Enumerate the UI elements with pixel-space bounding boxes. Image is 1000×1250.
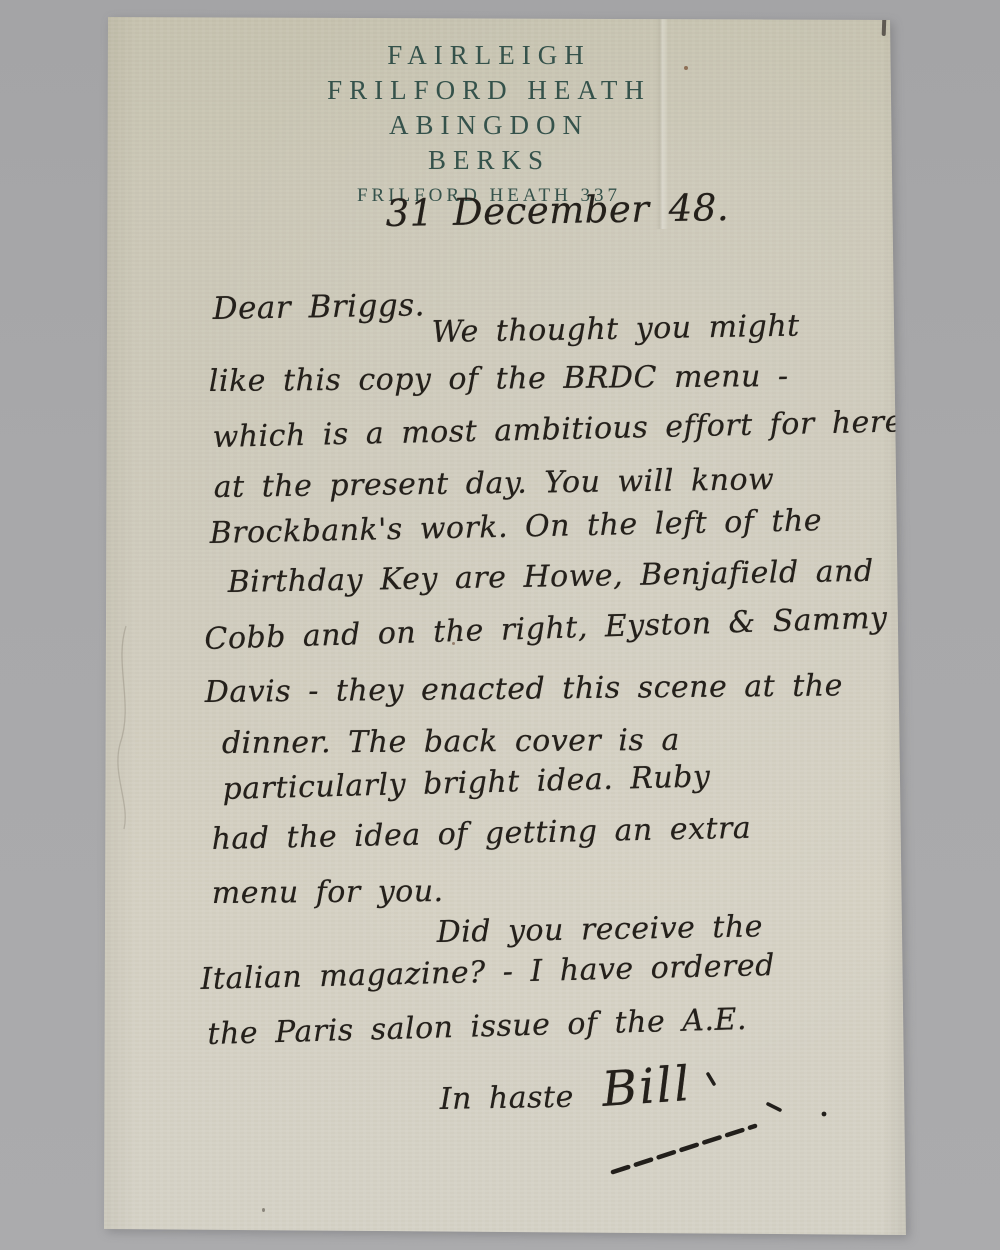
corner-mark	[882, 17, 887, 36]
signature: Bill	[600, 1056, 693, 1118]
paper-shadow: FAIRLEIGH FRILFORD HEATH ABINGDON BERKS …	[0, 0, 1000, 1250]
letter-paper: FAIRLEIGH FRILFORD HEATH ABINGDON BERKS …	[104, 14, 906, 1236]
letter-line: dinner. The back cover is a	[222, 723, 680, 761]
letter-line: Did you receive the	[436, 909, 763, 950]
letter-line: at the present day. You will know	[214, 462, 775, 505]
closing: In haste	[439, 1080, 574, 1117]
letter-line: We thought you might	[431, 309, 800, 350]
letter-line: had the idea of getting an extra	[211, 811, 751, 857]
letter-line: the Paris salon issue of the A.E.	[207, 1002, 747, 1052]
letter-line: menu for you.	[212, 874, 444, 911]
letterhead-line: FRILFORD HEATH	[88, 73, 890, 108]
letter-line: particularly bright idea. Ruby	[222, 759, 711, 807]
photo-background: FAIRLEIGH FRILFORD HEATH ABINGDON BERKS …	[0, 0, 1000, 1250]
letter-line: like this copy of the BRDC menu -	[209, 359, 789, 399]
date-line: 31 December 48.	[385, 186, 729, 235]
letterhead: FAIRLEIGH FRILFORD HEATH ABINGDON BERKS …	[88, 38, 890, 207]
letterhead-line: ABINGDON	[88, 108, 890, 143]
letter-line: Birthday Key are Howe, Benjafield and	[227, 554, 874, 600]
letterhead-line: FAIRLEIGH	[88, 38, 890, 73]
letter-line: Cobb and on the right, Eyston & Sammy	[204, 601, 888, 657]
letterhead-line: BERKS	[88, 143, 890, 178]
letter-line: which is a most ambitious effort for her…	[212, 404, 903, 455]
letter-line: Italian magazine? - I have ordered	[200, 948, 775, 997]
ink-speck	[262, 1208, 265, 1212]
salutation: Dear Briggs.	[212, 287, 425, 327]
letter-line: Davis - they enacted this scene at the	[205, 668, 843, 710]
letter-line: Brockbank's work. On the left of the	[209, 503, 822, 551]
